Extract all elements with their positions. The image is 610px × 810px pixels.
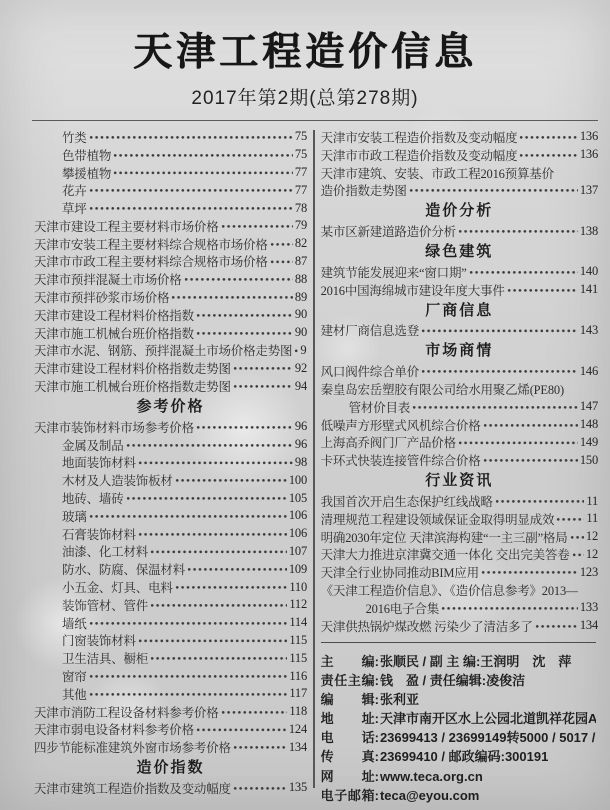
dot-leader — [233, 779, 287, 797]
colophon-row: 编辑:张利亚 — [321, 689, 596, 708]
toc-entry-title: 明确2030年定位 天津滨海构建“一主三副”格局 — [321, 528, 568, 546]
toc-section-title: 造价分析 — [321, 199, 598, 222]
toc-entry: 天津市施工机械台班价格指数走势图94 — [34, 377, 307, 395]
dot-leader — [171, 288, 293, 306]
toc-entry: 小五金、灯具、电料110 — [34, 578, 307, 596]
dot-leader — [89, 685, 288, 703]
toc-entry-title: 天津市弱电设备材料参考价格 — [34, 721, 194, 739]
page-number: 140 — [580, 264, 598, 279]
colophon-row: 主编:张顺民 / 副 主 编:王润明 沈 萍 — [321, 651, 596, 670]
dot-leader — [150, 543, 287, 561]
colophon-value: teca@eyou.com — [380, 788, 596, 803]
page-number: 88 — [295, 272, 307, 287]
page-number: 148 — [580, 417, 598, 432]
toc-entry: 风口阀件综合单价146 — [321, 362, 598, 380]
toc-entry-title: 卫生洁具、橱柜 — [34, 649, 148, 667]
colophon-value: 23699413 / 23699149转5000 / 5017 / 5018 — [380, 727, 596, 746]
toc-entry: 天津市建设工程材料价格指数90 — [34, 306, 307, 324]
toc-right-column: 天津市安装工程造价指数及变动幅度136天津市市政工程造价指数及变动幅度136天津… — [321, 128, 598, 804]
toc-entry: 上海高乔阀门厂产品价格149 — [321, 434, 598, 452]
table-of-contents: 竹类75色带植物75攀援植物77花卉77草坪78天津市建设工程主要材料市场价格7… — [0, 121, 610, 804]
dot-leader — [556, 510, 584, 528]
column-divider — [313, 130, 315, 788]
colophon-row: 传真:23699410 / 邮政编码:300191 — [321, 746, 596, 765]
dot-leader — [175, 471, 287, 489]
toc-entry-title: 清理规范工程建设领域保证金取得明显成效 — [321, 510, 555, 528]
dot-leader — [196, 418, 293, 436]
dot-leader — [89, 507, 287, 525]
toc-entry: 天津市施工机械台班价格指数90 — [34, 324, 307, 342]
toc-entry-title: 天津市安装工程造价指数及变动幅度 — [321, 128, 518, 146]
toc-entry: 石膏装饰材料106 — [34, 525, 307, 543]
toc-entry: 天津市预拌砂浆市场价格89 — [34, 288, 307, 306]
page-number: 89 — [295, 290, 307, 305]
toc-entry-title: 天津市消防工程设备材料参考价格 — [34, 703, 219, 721]
toc-entry: 防水、防腐、保温材料109 — [34, 560, 307, 578]
toc-entry-title: 草坪 — [34, 199, 87, 217]
toc-entry-title: 天津市市政工程主要材料综合规格市场价格 — [34, 253, 268, 271]
page-number: 82 — [295, 236, 307, 251]
toc-entry-title: 风口阀件综合单价 — [321, 362, 419, 380]
toc-section-title: 行业资讯 — [321, 469, 598, 492]
dot-leader — [233, 377, 293, 395]
toc-entry: 某市区新建道路造价分析138 — [321, 222, 598, 240]
toc-entry: 木材及人造装饰板材100 — [34, 471, 307, 489]
dot-leader — [409, 181, 578, 199]
dot-leader — [270, 235, 293, 253]
dot-leader — [196, 324, 293, 342]
colophon-value: www.teca.org.cn — [380, 769, 596, 784]
toc-entry-title: 色带植物 — [34, 146, 111, 164]
toc-entry-title: 上海高乔阀门厂产品价格 — [321, 434, 456, 452]
page-number: 136 — [580, 147, 598, 162]
dot-leader — [458, 434, 578, 452]
toc-entry: 天津市装饰材料市场参考价格96 — [34, 418, 307, 436]
page-number: 91 — [300, 343, 307, 358]
toc-entry: 油漆、化工材料107 — [34, 543, 307, 561]
dot-leader — [483, 451, 578, 469]
page-number: 78 — [295, 201, 307, 216]
toc-entry-title: 2016中国海绵城市建设年度大事件 — [321, 281, 505, 299]
toc-entry: 其他117 — [34, 685, 307, 703]
toc-entry: 天津市建筑工程造价指数及变动幅度135 — [34, 779, 307, 797]
toc-entry: 攀援植物77 — [34, 164, 307, 182]
toc-entry: 天津市建设工程主要材料市场价格79 — [34, 217, 307, 235]
dot-leader — [175, 578, 288, 596]
dot-leader — [495, 492, 585, 510]
colophon-rule — [321, 642, 596, 643]
dot-leader — [519, 146, 577, 164]
toc-right-rows: 天津市安装工程造价指数及变动幅度136天津市市政工程造价指数及变动幅度136天津… — [321, 128, 598, 635]
dot-leader — [421, 362, 578, 380]
page-number: 106 — [289, 508, 307, 523]
dot-leader — [535, 617, 578, 635]
toc-entry-title: 天津市市政工程造价指数及变动幅度 — [321, 146, 518, 164]
colophon-value: 23699410 / 邮政编码:300191 — [380, 746, 596, 765]
toc-entry: 天津供热锅炉煤改燃 污染少了清洁多了134 — [321, 617, 598, 635]
page-number: 98 — [295, 455, 307, 470]
toc-entry-title: 竹类 — [34, 128, 87, 146]
dot-leader — [126, 489, 287, 507]
page-number: 77 — [295, 183, 307, 198]
dot-leader — [89, 614, 288, 632]
page-number: 12 — [586, 529, 598, 544]
toc-entry-title: 天津供热锅炉煤改燃 污染少了清洁多了 — [321, 617, 533, 635]
dot-leader — [233, 738, 287, 756]
toc-entry: 天津市消防工程设备材料参考价格118 — [34, 703, 307, 721]
toc-entry: 低噪声方形壁式风机综合价格148 — [321, 416, 598, 434]
toc-entry: 天津大力推进京津冀交通一体化 交出完美答卷12 — [321, 546, 598, 564]
toc-entry: 天津市建筑、安装、市政工程2016预算基价 — [321, 164, 598, 182]
page-number: 96 — [295, 419, 307, 434]
dot-leader — [412, 398, 578, 416]
toc-entry-title: 天津市建设工程主要材料市场价格 — [34, 217, 219, 235]
page-number: 100 — [289, 473, 307, 488]
toc-entry: 草坪78 — [34, 199, 307, 217]
toc-left-column: 竹类75色带植物75攀援植物77花卉77草坪78天津市建设工程主要材料市场价格7… — [34, 128, 307, 797]
dot-leader — [138, 454, 293, 472]
page-number: 136 — [580, 129, 598, 144]
toc-section-title: 造价指数 — [34, 756, 307, 779]
toc-entry: 墙纸114 — [34, 614, 307, 632]
page-number: 123 — [580, 565, 598, 580]
toc-entry: 天津全行业协同推动BIM应用123 — [321, 563, 598, 581]
toc-entry-title: 建筑节能发展迎来“窗口期” — [321, 263, 467, 281]
toc-entry: 天津市市政工程造价指数及变动幅度136 — [321, 146, 598, 164]
toc-entry-title: 天津市预拌混凝土市场价格 — [34, 270, 182, 288]
toc-entry: 秦皇岛宏岳塑胶有限公司给水用聚乙烯(PE80) — [321, 380, 598, 398]
dot-leader — [113, 146, 293, 164]
toc-entry-title: 《天津工程造价信息》、《造价信息参考》2013— — [321, 581, 579, 599]
page-number: 11 — [586, 494, 598, 509]
page-number: 135 — [289, 780, 307, 795]
page-number: 124 — [289, 722, 307, 737]
dot-leader — [572, 546, 584, 564]
toc-entry-title: 天津市建设工程材料价格指数 — [34, 306, 194, 324]
toc-entry: 建筑节能发展迎来“窗口期”140 — [321, 263, 598, 281]
page-number: 133 — [580, 600, 598, 615]
page-number: 146 — [580, 364, 598, 379]
dot-leader — [519, 128, 577, 146]
dot-leader — [221, 217, 293, 235]
dot-leader — [196, 306, 293, 324]
toc-section-title: 参考价格 — [34, 395, 307, 418]
toc-entry: 门窗装饰材料115 — [34, 632, 307, 650]
dot-leader — [150, 649, 287, 667]
toc-entry-title: 墙纸 — [34, 614, 87, 632]
page-number: 141 — [580, 282, 598, 297]
issue-line: 2017年第2期(总第278期) — [0, 83, 610, 110]
toc-entry: 管材价目表147 — [321, 398, 598, 416]
page-number: 105 — [289, 491, 307, 506]
page-number: 90 — [295, 325, 307, 340]
toc-entry: 天津市安装工程主要材料综合规格市场价格82 — [34, 235, 307, 253]
toc-entry: 地砖、墙砖105 — [34, 489, 307, 507]
page-number: 115 — [289, 651, 307, 666]
toc-entry: 装饰管材、管件112 — [34, 596, 307, 614]
toc-entry-title: 石膏装饰材料 — [34, 525, 136, 543]
colophon-row: 网址:www.teca.org.cn — [321, 766, 596, 785]
dot-leader — [483, 416, 578, 434]
colophon-row: 电话:23699413 / 23699149转5000 / 5017 / 501… — [321, 727, 596, 746]
page-number: 134 — [580, 618, 598, 633]
dot-leader — [469, 263, 578, 281]
journal-title: 天津工程造价信息 — [0, 30, 610, 76]
toc-entry: 四步节能标准建筑外窗市场参考价格134 — [34, 738, 307, 756]
page-number: 117 — [289, 686, 307, 701]
toc-entry: 建材厂商信息选登143 — [321, 322, 598, 340]
dot-leader — [113, 164, 293, 182]
toc-entry-title: 金属及制品 — [34, 436, 124, 454]
toc-entry-title: 其他 — [34, 685, 87, 703]
toc-entry-title: 地面装饰材料 — [34, 454, 136, 472]
dot-leader — [138, 525, 287, 543]
page-number: 92 — [295, 361, 307, 376]
colophon-label: 编辑 — [321, 689, 375, 708]
page-number: 107 — [289, 544, 307, 559]
colophon-row: 责任主编:钱 盈 / 责任编辑:凌俊洁 — [321, 670, 596, 689]
toc-entry-title: 天津市水泥、钢筋、预拌混凝土市场价格走势图 — [34, 342, 292, 360]
toc-entry-title: 秦皇岛宏岳塑胶有限公司给水用聚乙烯(PE80) — [321, 380, 564, 398]
colophon-label: 电子邮箱 — [321, 785, 375, 804]
toc-entry: 我国首次开启生态保护红线战略11 — [321, 492, 598, 510]
toc-entry-title: 防水、防腐、保温材料 — [34, 560, 185, 578]
page-number: 112 — [289, 597, 307, 612]
toc-entry-title: 建材厂商信息选登 — [321, 322, 419, 340]
dot-leader — [138, 632, 288, 650]
toc-entry: 天津市市政工程主要材料综合规格市场价格87 — [34, 253, 307, 271]
dot-leader — [221, 703, 288, 721]
dot-leader — [89, 181, 293, 199]
toc-entry-title: 装饰管材、管件 — [34, 596, 148, 614]
toc-entry-title: 天津市建筑工程造价指数及变动幅度 — [34, 779, 231, 797]
page-number: 116 — [289, 669, 307, 684]
dot-leader — [89, 667, 288, 685]
page-number: 106 — [289, 526, 307, 541]
page-number: 149 — [580, 435, 598, 450]
dot-leader — [270, 253, 293, 271]
dot-leader — [89, 199, 293, 217]
toc-entry: 玻璃106 — [34, 507, 307, 525]
toc-entry: 天津市安装工程造价指数及变动幅度136 — [321, 128, 598, 146]
toc-entry: 竹类75 — [34, 128, 307, 146]
dot-leader — [126, 436, 293, 454]
toc-entry-title: 天津市建筑、安装、市政工程2016预算基价 — [321, 164, 554, 182]
toc-entry-title: 小五金、灯具、电料 — [34, 578, 173, 596]
page-number: 96 — [295, 437, 307, 452]
dot-leader — [481, 563, 578, 581]
toc-section-title: 绿色建筑 — [321, 240, 598, 263]
page-number: 12 — [586, 547, 598, 562]
colophon-label: 网址 — [321, 766, 375, 785]
toc-entry: 金属及制品96 — [34, 436, 307, 454]
toc-entry: 《天津工程造价信息》、《造价信息参考》2013— — [321, 581, 598, 599]
toc-entry-title: 木材及人造装饰板材 — [34, 471, 173, 489]
toc-entry: 花卉77 — [34, 181, 307, 199]
colophon-value: 张利亚 — [380, 689, 596, 708]
colophon-label: 传真 — [321, 746, 375, 765]
colophon-label: 主编 — [321, 651, 375, 670]
toc-entry: 卫生洁具、橱柜115 — [34, 649, 307, 667]
toc-entry: 卡环式快装连接管件综合价格150 — [321, 451, 598, 469]
page-number: 90 — [295, 307, 307, 322]
page-number: 115 — [289, 633, 307, 648]
toc-entry: 色带植物75 — [34, 146, 307, 164]
toc-entry-title: 地砖、墙砖 — [34, 489, 124, 507]
page-number: 110 — [289, 580, 307, 595]
toc-entry-title: 天津市预拌砂浆市场价格 — [34, 288, 169, 306]
dot-leader — [421, 322, 578, 340]
dot-leader — [233, 359, 293, 377]
toc-entry-title: 我国首次开启生态保护红线战略 — [321, 492, 493, 510]
dot-leader — [458, 222, 578, 240]
toc-entry-title: 门窗装饰材料 — [34, 632, 136, 650]
colophon-label: 电话 — [321, 727, 375, 746]
page-number: 137 — [580, 183, 598, 198]
toc-entry-title: 卡环式快装连接管件综合价格 — [321, 451, 481, 469]
toc-entry-title: 管材价目表 — [321, 398, 411, 416]
page-number: 134 — [289, 740, 307, 755]
colophon-label: 地址 — [321, 708, 375, 727]
toc-entry: 天津市弱电设备材料参考价格124 — [34, 721, 307, 739]
page-number: 94 — [295, 379, 307, 394]
toc-entry-title: 2016电子合集 — [321, 599, 439, 617]
toc-entry-title: 四步节能标准建筑外窗市场参考价格 — [34, 738, 231, 756]
dot-leader — [507, 281, 578, 299]
toc-entry: 窗帘116 — [34, 667, 307, 685]
page-number: 11 — [586, 511, 598, 526]
dot-leader — [184, 270, 293, 288]
toc-entry-title: 造价指数走势图 — [321, 181, 407, 199]
page-number: 150 — [580, 453, 598, 468]
page-number: 147 — [580, 399, 598, 414]
page-number: 118 — [289, 704, 307, 719]
colophon: 主编:张顺民 / 副 主 编:王润明 沈 萍责任主编:钱 盈 / 责任编辑:凌俊… — [321, 651, 598, 805]
dot-leader — [441, 599, 578, 617]
page-number: 75 — [295, 147, 307, 162]
colophon-row: 地址:天津市南开区水上公园北道凯祥花园A区52号 — [321, 708, 596, 727]
dot-leader — [150, 596, 287, 614]
toc-entry-title: 油漆、化工材料 — [34, 543, 148, 561]
toc-entry-title: 天津市施工机械台班价格指数 — [34, 324, 194, 342]
toc-entry: 造价指数走势图137 — [321, 181, 598, 199]
toc-entry-title: 天津市安装工程主要材料综合规格市场价格 — [34, 235, 268, 253]
toc-entry-title: 低噪声方形壁式风机综合价格 — [321, 416, 481, 434]
toc-entry-title: 天津市施工机械台班价格指数走势图 — [34, 377, 231, 395]
toc-entry-title: 窗帘 — [34, 667, 87, 685]
toc-entry-title: 天津市建设工程材料价格指数走势图 — [34, 359, 231, 377]
toc-entry: 2016中国海绵城市建设年度大事件141 — [321, 281, 598, 299]
colophon-row: 电子邮箱:teca@eyou.com — [321, 785, 596, 804]
toc-entry-title: 攀援植物 — [34, 164, 111, 182]
toc-entry: 明确2030年定位 天津滨海构建“一主三副”格局12 — [321, 528, 598, 546]
dot-leader — [196, 721, 287, 739]
colophon-value: 张顺民 / 副 主 编:王润明 沈 萍 — [380, 651, 596, 670]
toc-entry: 天津市水泥、钢筋、预拌混凝土市场价格走势图91 — [34, 342, 307, 360]
toc-entry: 2016电子合集133 — [321, 599, 598, 617]
page-number: 87 — [295, 254, 307, 269]
toc-entry-title: 天津市装饰材料市场参考价格 — [34, 418, 194, 436]
toc-entry-title: 天津全行业协同推动BIM应用 — [321, 563, 479, 581]
colophon-label: 责任主编 — [321, 670, 375, 689]
toc-entry: 天津市预拌混凝土市场价格88 — [34, 270, 307, 288]
toc-entry: 清理规范工程建设领域保证金取得明显成效11 — [321, 510, 598, 528]
page-number: 138 — [580, 224, 598, 239]
toc-entry: 地面装饰材料98 — [34, 454, 307, 472]
page-number: 114 — [289, 615, 307, 630]
dot-leader — [187, 560, 287, 578]
toc-entry: 天津市建设工程材料价格指数走势图92 — [34, 359, 307, 377]
dot-leader — [89, 128, 293, 146]
colophon-value: 钱 盈 / 责任编辑:凌俊洁 — [380, 670, 596, 689]
page-number: 109 — [289, 562, 307, 577]
toc-section-title: 市场商情 — [321, 339, 598, 362]
dot-leader — [294, 342, 298, 360]
page-number: 77 — [295, 165, 307, 180]
page-number: 143 — [580, 323, 598, 338]
toc-section-title: 厂商信息 — [321, 299, 598, 322]
toc-entry-title: 花卉 — [34, 181, 87, 199]
page-number: 75 — [295, 129, 307, 144]
page-number: 79 — [295, 218, 307, 233]
dot-leader — [570, 528, 584, 546]
toc-entry-title: 玻璃 — [34, 507, 87, 525]
scanned-journal-page: 天津工程造价信息 2017年第2期(总第278期) 竹类75色带植物75攀援植物… — [0, 0, 610, 810]
toc-entry-title: 某市区新建道路造价分析 — [321, 222, 456, 240]
toc-entry-title: 天津大力推进京津冀交通一体化 交出完美答卷 — [321, 546, 570, 564]
colophon-value: 天津市南开区水上公园北道凯祥花园A区52号 — [380, 708, 596, 727]
